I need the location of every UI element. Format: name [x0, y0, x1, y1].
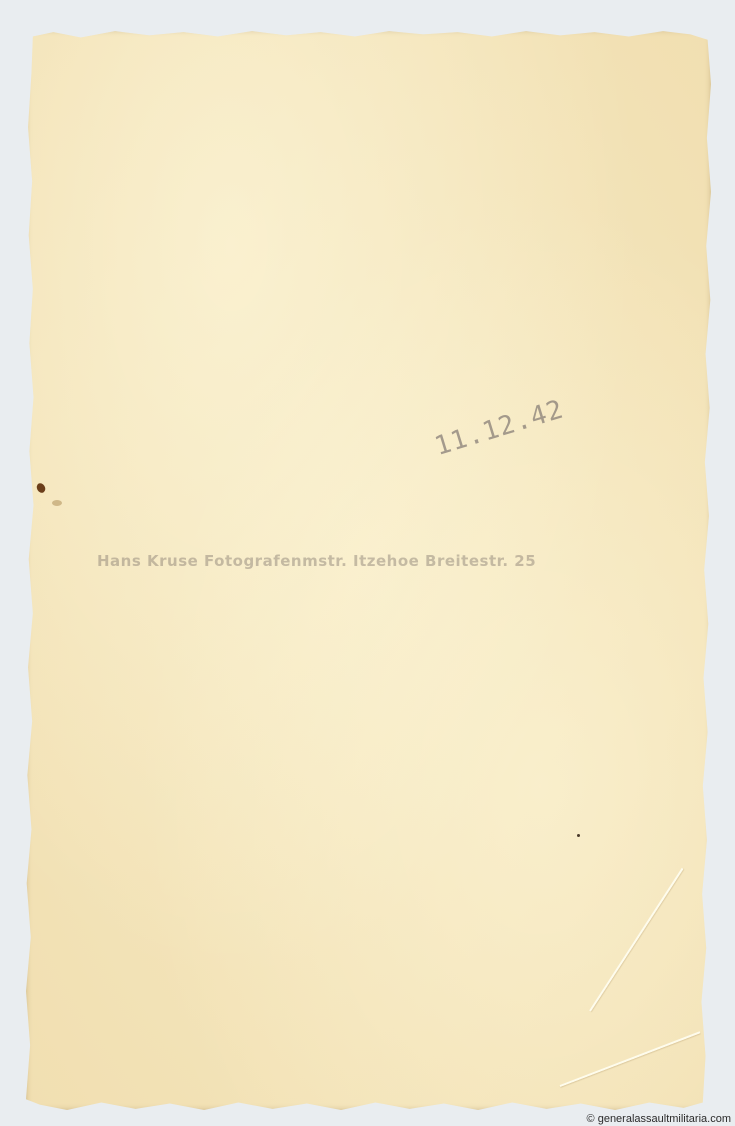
copyright-watermark: © generalassaultmilitaria.com	[585, 1112, 733, 1126]
studio-stamp: Hans Kruse Fotografenmstr. Itzehoe Breit…	[97, 552, 617, 570]
photo-card-back	[26, 30, 711, 1110]
stain-spot	[577, 834, 580, 837]
stain-spot	[52, 500, 62, 506]
